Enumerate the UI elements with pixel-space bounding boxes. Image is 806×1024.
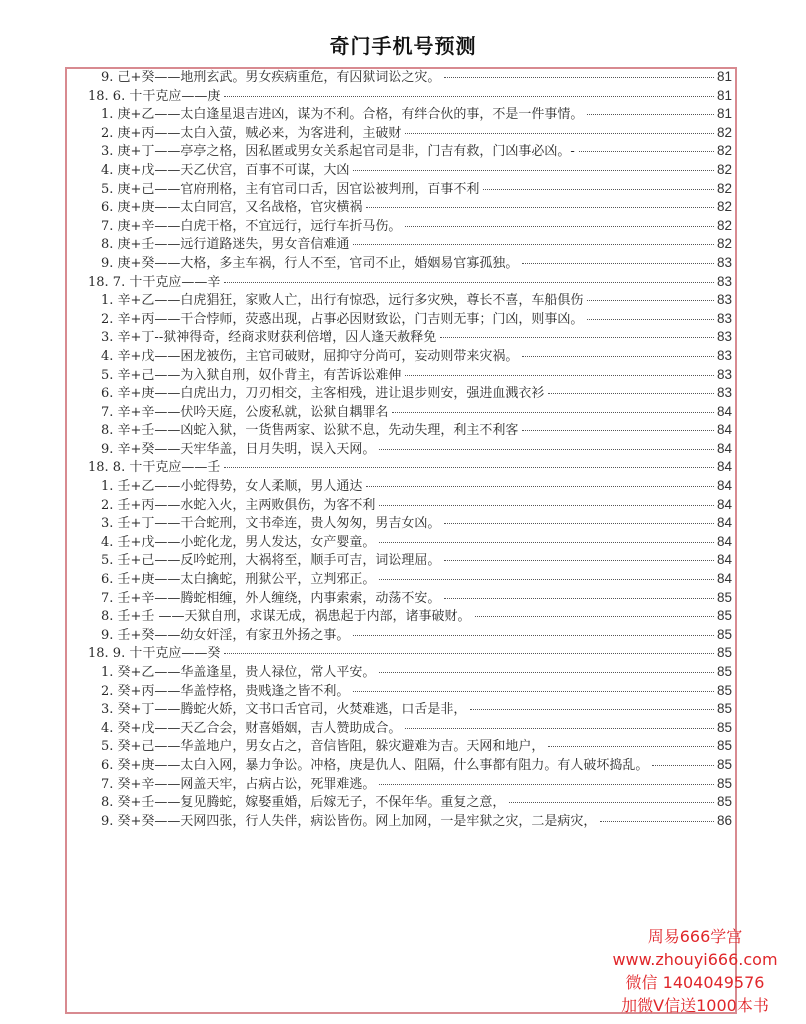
toc-dot-leader <box>587 299 714 301</box>
toc-page-number: 85 <box>716 719 734 738</box>
toc-label: 8. 庚+壬——远行道路迷失，男女音信难通 <box>101 236 349 254</box>
toc-dot-leader <box>587 318 714 320</box>
toc-dot-leader <box>405 374 714 376</box>
toc-dot-leader <box>444 522 714 524</box>
toc-label: 3. 壬+丁——干合蛇刑，文书牵连，贵人匆匆，男吉女凶。 <box>101 515 440 533</box>
toc-entry-row[interactable]: 9. 己+癸——地刑玄武。男女疾病重危，有囚狱词讼之灾。81 <box>67 68 734 87</box>
toc-entry-row[interactable]: 1. 辛+乙——白虎猖狂，家败人亡，出行有惊恐，远行多灾殃，尊长不喜，车船俱伤8… <box>67 291 734 310</box>
toc-dot-leader <box>405 727 714 729</box>
toc-label: 1. 庚+乙——太白逢星退吉进凶，谋为不利。合格，有绊合伙的事，不是一件事情。 <box>101 106 583 124</box>
toc-entry-row[interactable]: 7. 癸+辛——网盖天牢，占病占讼，死罪难逃。85 <box>67 775 734 794</box>
watermark-url: www.zhouyi666.com <box>590 948 800 971</box>
toc-entry-row[interactable]: 2. 壬+丙——水蛇入火，主两败俱伤，为客不利84 <box>67 496 734 515</box>
toc-dot-leader <box>444 76 714 78</box>
toc-page-number: 83 <box>716 328 734 347</box>
toc-page-number: 85 <box>716 737 734 756</box>
toc-entry-row[interactable]: 9. 癸+癸——天网四张，行人失伴，病讼皆伤。网上加网，一是牢狱之灾，二是病灾，… <box>67 812 734 831</box>
toc-page-number: 83 <box>716 291 734 310</box>
toc-page-number: 85 <box>716 626 734 645</box>
toc-page-number: 83 <box>716 384 734 403</box>
toc-label: 4. 庚+戊——天乙伏宫，百事不可谋，大凶 <box>101 162 349 180</box>
toc-entry-row[interactable]: 2. 癸+丙——华盖悖格，贵贱逢之皆不利。85 <box>67 682 734 701</box>
table-of-contents: 9. 己+癸——地刑玄武。男女疾病重危，有囚狱词讼之灾。8118. 6. 十干克… <box>67 68 734 830</box>
toc-page-number: 84 <box>716 570 734 589</box>
toc-dot-leader <box>405 225 714 227</box>
toc-page-number: 85 <box>716 644 734 663</box>
toc-label: 5. 壬+己——反吟蛇刑，大祸将至，顺手可吉，词讼理屈。 <box>101 552 440 570</box>
toc-entry-row[interactable]: 8. 庚+壬——远行道路迷失，男女音信难通82 <box>67 235 734 254</box>
toc-section-row[interactable]: 18. 9. 十干克应——癸85 <box>67 644 734 663</box>
toc-entry-row[interactable]: 4. 癸+戊——天乙合会，财喜婚姻，吉人赞助成合。85 <box>67 719 734 738</box>
toc-entry-row[interactable]: 1. 庚+乙——太白逢星退吉进凶，谋为不利。合格，有绊合伙的事，不是一件事情。8… <box>67 105 734 124</box>
toc-page-number: 81 <box>716 68 734 87</box>
toc-dot-leader <box>353 634 714 636</box>
toc-dot-leader <box>392 411 714 413</box>
toc-label: 9. 壬+癸——幼女奸淫，有家丑外扬之事。 <box>101 627 349 645</box>
toc-dot-leader <box>224 95 714 97</box>
toc-entry-row[interactable]: 4. 庚+戊——天乙伏宫，百事不可谋，大凶82 <box>67 161 734 180</box>
toc-dot-leader <box>470 708 714 710</box>
toc-page-number: 82 <box>716 142 734 161</box>
toc-dot-leader <box>483 188 714 190</box>
toc-page-number: 84 <box>716 496 734 515</box>
toc-label: 9. 辛+癸——天牢华盖，日月失明，误入天网。 <box>101 441 375 459</box>
toc-dot-leader <box>353 690 714 692</box>
toc-entry-row[interactable]: 9. 庚+癸——大格，多主车祸，行人不至，官司不止，婚姻易官寡孤独。83 <box>67 254 734 273</box>
toc-label: 9. 庚+癸——大格，多主车祸，行人不至，官司不止，婚姻易官寡孤独。 <box>101 255 518 273</box>
toc-page-number: 83 <box>716 273 734 292</box>
toc-entry-row[interactable]: 6. 癸+庚——太白入网，暴力争讼。冲格，庚是仇人、阻隔，什么事都有阻力。有人破… <box>67 756 734 775</box>
toc-dot-leader <box>522 429 714 431</box>
toc-entry-row[interactable]: 6. 辛+庚——白虎出力，刀刃相交，主客相残，进让退步则安，强进血溅衣衫83 <box>67 384 734 403</box>
toc-page-number: 85 <box>716 663 734 682</box>
toc-dot-leader <box>224 466 714 468</box>
page-title: 奇门手机号预测 <box>0 30 806 59</box>
toc-label: 8. 癸+壬——复见腾蛇，嫁娶重婚，后嫁无子，不保年华。重复之意， <box>101 794 505 812</box>
toc-entry-row[interactable]: 2. 庚+丙——太白入萤，贼必来，为客进利，主破财82 <box>67 124 734 143</box>
toc-label: 6. 庚+庚——太白同宫，又名战格，官灾横祸 <box>101 199 362 217</box>
toc-dot-leader <box>444 559 714 561</box>
toc-label: 7. 癸+辛——网盖天牢，占病占讼，死罪难逃。 <box>101 776 375 794</box>
toc-dot-leader <box>379 783 714 785</box>
toc-section-row[interactable]: 18. 7. 十干克应——辛83 <box>67 273 734 292</box>
toc-dot-leader <box>579 150 714 152</box>
toc-entry-row[interactable]: 5. 癸+己——华盖地户，男女占之，音信皆阻，躲灾避难为吉。天网和地户，85 <box>67 737 734 756</box>
watermark-wechat: 微信 1404049576 <box>590 971 800 994</box>
toc-label: 1. 壬+乙——小蛇得势，女人柔顺，男人通达 <box>101 478 362 496</box>
toc-page-number: 83 <box>716 366 734 385</box>
toc-dot-leader <box>224 281 714 283</box>
toc-dot-leader <box>224 652 714 654</box>
toc-page-number: 85 <box>716 700 734 719</box>
toc-label: 5. 癸+己——华盖地户，男女占之，音信皆阻，躲灾避难为吉。天网和地户， <box>101 738 544 756</box>
toc-page-number: 84 <box>716 477 734 496</box>
toc-dot-leader <box>587 113 714 115</box>
toc-entry-row[interactable]: 9. 壬+癸——幼女奸淫，有家丑外扬之事。85 <box>67 626 734 645</box>
toc-page-number: 84 <box>716 514 734 533</box>
toc-label: 18. 6. 十干克应——庚 <box>88 88 220 106</box>
toc-label: 4. 辛+戊——困龙被伤，主官司破财，屈抑守分尚可，妄动则带来灾祸。 <box>101 348 518 366</box>
toc-label: 8. 壬+壬 ——天狱自刑，求谋无成，祸患起于内部，诸事破财。 <box>101 608 471 626</box>
toc-entry-row[interactable]: 6. 壬+庚——太白擒蛇，刑狱公平，立判邪正。84 <box>67 570 734 589</box>
watermark-brand: 周易666学宫 <box>590 925 800 948</box>
toc-page-number: 83 <box>716 310 734 329</box>
toc-page-number: 85 <box>716 775 734 794</box>
toc-dot-leader <box>379 578 714 580</box>
toc-dot-leader <box>366 485 714 487</box>
toc-label: 5. 辛+己——为入狱自刑，奴仆背主，有苦诉讼难伸 <box>101 367 401 385</box>
toc-dot-leader <box>440 336 714 338</box>
toc-entry-row[interactable]: 4. 辛+戊——困龙被伤，主官司破财，屈抑守分尚可，妄动则带来灾祸。83 <box>67 347 734 366</box>
toc-label: 2. 壬+丙——水蛇入火，主两败俱伤，为客不利 <box>101 497 375 515</box>
toc-label: 3. 癸+丁——腾蛇火娇，文书口舌官司，火焚难逃，口舌是非， <box>101 701 466 719</box>
toc-label: 1. 癸+乙——华盖逢星，贵人禄位，常人平安。 <box>101 664 375 682</box>
toc-entry-row[interactable]: 7. 壬+辛——腾蛇相缠，外人缠绕，内事索索，动荡不安。85 <box>67 589 734 608</box>
toc-dot-leader <box>379 541 714 543</box>
toc-page-number: 86 <box>716 812 734 831</box>
toc-label: 3. 辛+丁--狱神得奇，经商求财获利倍增，囚人逢天赦释免 <box>101 329 436 347</box>
toc-entry-row[interactable]: 7. 庚+辛——白虎干格，不宜远行，远行车折马伤。82 <box>67 217 734 236</box>
toc-label: 18. 8. 十干克应——壬 <box>88 459 220 477</box>
toc-label: 7. 庚+辛——白虎干格，不宜远行，远行车折马伤。 <box>101 218 401 236</box>
watermark-offer: 加微V信送1000本书 <box>590 994 800 1017</box>
toc-dot-leader <box>379 671 714 673</box>
toc-label: 2. 庚+丙——太白入萤，贼必来，为客进利，主破财 <box>101 125 401 143</box>
toc-label: 8. 辛+壬——凶蛇入狱，一货售两家、讼狱不息，先动失理，利主不利客 <box>101 422 518 440</box>
watermark: 周易666学宫 www.zhouyi666.com 微信 1404049576 … <box>590 925 800 1017</box>
toc-dot-leader <box>652 764 714 766</box>
toc-page-number: 84 <box>716 551 734 570</box>
toc-entry-row[interactable]: 2. 辛+丙——干合悖师，荧惑出现，占事必因财致讼，门吉则无事；门凶，则事凶。8… <box>67 310 734 329</box>
toc-label: 9. 癸+癸——天网四张，行人失伴，病讼皆伤。网上加网，一是牢狱之灾，二是病灾， <box>101 813 596 831</box>
toc-label: 4. 壬+戊——小蛇化龙，男人发达，女产婴童。 <box>101 534 375 552</box>
toc-dot-leader <box>353 169 714 171</box>
toc-entry-row[interactable]: 3. 壬+丁——干合蛇刑，文书牵连，贵人匆匆，男吉女凶。84 <box>67 514 734 533</box>
toc-dot-leader <box>405 132 714 134</box>
toc-entry-row[interactable]: 3. 庚+丁——亭亭之格，因私匿或男女关系起官司是非，门吉有救，门凶事必凶。-8… <box>67 142 734 161</box>
toc-page-number: 82 <box>716 235 734 254</box>
toc-label: 9. 己+癸——地刑玄武。男女疾病重危，有囚狱词讼之灾。 <box>101 69 440 87</box>
toc-dot-leader <box>353 243 714 245</box>
toc-label: 6. 壬+庚——太白擒蛇，刑狱公平，立判邪正。 <box>101 571 375 589</box>
toc-entry-row[interactable]: 1. 癸+乙——华盖逢星，贵人禄位，常人平安。85 <box>67 663 734 682</box>
toc-label: 2. 癸+丙——华盖悖格，贵贱逢之皆不利。 <box>101 683 349 701</box>
toc-dot-leader <box>379 504 714 506</box>
toc-page-number: 84 <box>716 403 734 422</box>
toc-entry-row[interactable]: 5. 辛+己——为入狱自刑，奴仆背主，有苦诉讼难伸83 <box>67 366 734 385</box>
toc-entry-row[interactable]: 5. 庚+己——官府刑格，主有官司口舌，因官讼被判刑，百事不利82 <box>67 180 734 199</box>
toc-dot-leader <box>600 820 714 822</box>
toc-page-number: 82 <box>716 161 734 180</box>
toc-section-row[interactable]: 18. 6. 十干克应——庚81 <box>67 87 734 106</box>
toc-label: 3. 庚+丁——亭亭之格，因私匿或男女关系起官司是非，门吉有救，门凶事必凶。- <box>101 143 575 161</box>
toc-page-number: 84 <box>716 440 734 459</box>
toc-entry-row[interactable]: 8. 癸+壬——复见腾蛇，嫁娶重婚，后嫁无子，不保年华。重复之意，85 <box>67 793 734 812</box>
toc-entry-row[interactable]: 3. 辛+丁--狱神得奇，经商求财获利倍增，囚人逢天赦释免83 <box>67 328 734 347</box>
toc-label: 1. 辛+乙——白虎猖狂，家败人亡，出行有惊恐，远行多灾殃，尊长不喜，车船俱伤 <box>101 292 583 310</box>
toc-entry-row[interactable]: 8. 壬+壬 ——天狱自刑，求谋无成，祸患起于内部，诸事破财。85 <box>67 607 734 626</box>
toc-entry-row[interactable]: 4. 壬+戊——小蛇化龙，男人发达，女产婴童。84 <box>67 533 734 552</box>
toc-page-number: 85 <box>716 756 734 775</box>
toc-label: 6. 辛+庚——白虎出力，刀刃相交，主客相残，进让退步则安，强进血溅衣衫 <box>101 385 544 403</box>
toc-entry-row[interactable]: 9. 辛+癸——天牢华盖，日月失明，误入天网。84 <box>67 440 734 459</box>
toc-dot-leader <box>522 355 714 357</box>
toc-page-number: 84 <box>716 421 734 440</box>
toc-dot-leader <box>366 206 714 208</box>
toc-label: 6. 癸+庚——太白入网，暴力争讼。冲格，庚是仇人、阻隔，什么事都有阻力。有人破… <box>101 757 648 775</box>
toc-label: 18. 7. 十干克应——辛 <box>88 274 220 292</box>
toc-entry-row[interactable]: 5. 壬+己——反吟蛇刑，大祸将至，顺手可吉，词讼理屈。84 <box>67 551 734 570</box>
toc-label: 4. 癸+戊——天乙合会，财喜婚姻，吉人赞助成合。 <box>101 720 401 738</box>
toc-dot-leader <box>522 262 714 264</box>
toc-label: 7. 壬+辛——腾蛇相缠，外人缠绕，内事索索，动荡不安。 <box>101 590 440 608</box>
toc-page-number: 85 <box>716 682 734 701</box>
toc-page-number: 81 <box>716 87 734 106</box>
toc-page-number: 82 <box>716 124 734 143</box>
toc-label: 5. 庚+己——官府刑格，主有官司口舌，因官讼被判刑，百事不利 <box>101 181 479 199</box>
toc-page-number: 81 <box>716 105 734 124</box>
toc-page-number: 83 <box>716 254 734 273</box>
toc-dot-leader <box>548 392 714 394</box>
toc-page-number: 84 <box>716 533 734 552</box>
toc-page-number: 82 <box>716 180 734 199</box>
toc-page-number: 85 <box>716 607 734 626</box>
toc-dot-leader <box>509 801 714 803</box>
toc-entry-row[interactable]: 8. 辛+壬——凶蛇入狱，一货售两家、讼狱不息，先动失理，利主不利客84 <box>67 421 734 440</box>
toc-entry-row[interactable]: 1. 壬+乙——小蛇得势，女人柔顺，男人通达84 <box>67 477 734 496</box>
toc-entry-row[interactable]: 7. 辛+辛——伏吟天庭，公废私就，讼狱自耦罪名84 <box>67 403 734 422</box>
toc-page-number: 82 <box>716 198 734 217</box>
toc-page-number: 83 <box>716 347 734 366</box>
toc-label: 18. 9. 十干克应——癸 <box>88 645 220 663</box>
toc-label: 2. 辛+丙——干合悖师，荧惑出现，占事必因财致讼，门吉则无事；门凶，则事凶。 <box>101 311 583 329</box>
toc-entry-row[interactable]: 6. 庚+庚——太白同宫，又名战格，官灾横祸82 <box>67 198 734 217</box>
toc-page-number: 85 <box>716 793 734 812</box>
toc-page-number: 82 <box>716 217 734 236</box>
toc-label: 7. 辛+辛——伏吟天庭，公废私就，讼狱自耦罪名 <box>101 404 388 422</box>
toc-entry-row[interactable]: 3. 癸+丁——腾蛇火娇，文书口舌官司，火焚难逃，口舌是非，85 <box>67 700 734 719</box>
toc-section-row[interactable]: 18. 8. 十干克应——壬84 <box>67 458 734 477</box>
toc-page-number: 85 <box>716 589 734 608</box>
toc-dot-leader <box>379 448 714 450</box>
toc-dot-leader <box>444 597 714 599</box>
toc-dot-leader <box>548 745 714 747</box>
toc-page-number: 84 <box>716 458 734 477</box>
toc-dot-leader <box>475 615 714 617</box>
